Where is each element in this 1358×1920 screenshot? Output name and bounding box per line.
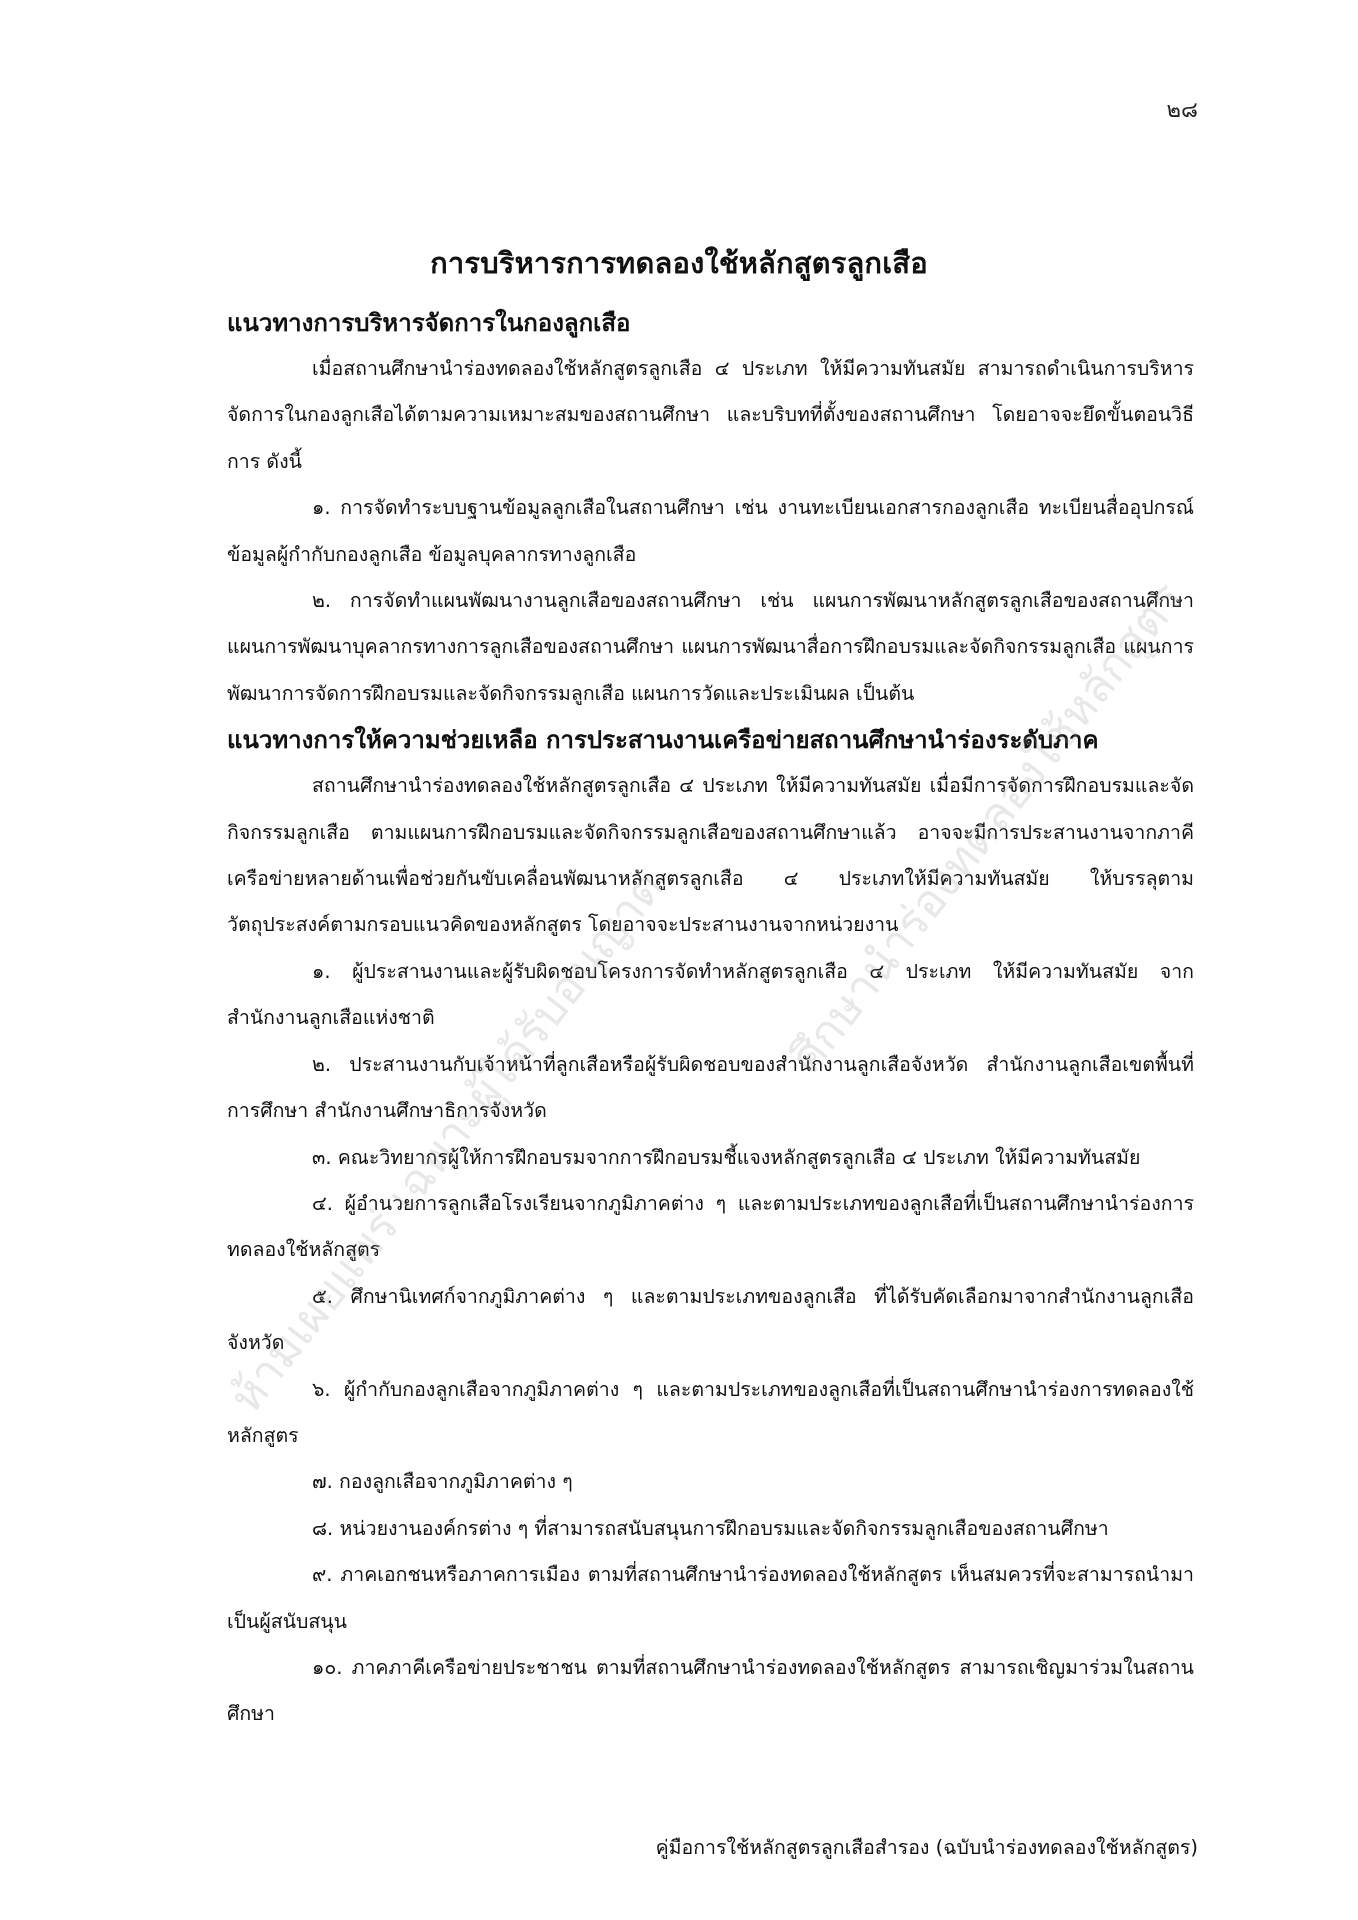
list-item: ๔. ผู้อำนวยการลูกเสือโรงเรียนจากภูมิภาคต… bbox=[227, 1181, 1194, 1274]
section-heading: แนวทางการให้ความช่วยเหลือ การประสานงานเค… bbox=[227, 717, 1194, 763]
document-body: แนวทางการบริหารจัดการในกองลูกเสือ เมื่อส… bbox=[227, 300, 1194, 1738]
section-intro: สถานศึกษานำร่องทดลองใช้หลักสูตรลูกเสือ ๔… bbox=[227, 763, 1194, 949]
page-title: การบริหารการทดลองใช้หลักสูตรลูกเสือ bbox=[0, 240, 1358, 286]
list-item: ๑. การจัดทำระบบฐานข้อมูลลูกเสือในสถานศึก… bbox=[227, 485, 1194, 578]
list-item: ๑. ผู้ประสานงานและผู้รับผิดชอบโครงการจัด… bbox=[227, 949, 1194, 1042]
page-number: ๒๘ bbox=[1167, 92, 1198, 127]
section-intro: เมื่อสถานศึกษานำร่องทดลองใช้หลักสูตรลูกเ… bbox=[227, 346, 1194, 485]
list-item: ๒. การจัดทำแผนพัฒนางานลูกเสือของสถานศึกษ… bbox=[227, 578, 1194, 717]
list-item: ๓. คณะวิทยากรผู้ให้การฝึกอบรมจากการฝึกอบ… bbox=[227, 1135, 1194, 1181]
page-footer: คู่มือการใช้หลักสูตรลูกเสือสำรอง (ฉบับนำ… bbox=[656, 1832, 1198, 1863]
list-item: ๒. ประสานงานกับเจ้าหน้าที่ลูกเสือหรือผู้… bbox=[227, 1042, 1194, 1135]
list-item: ๑๐. ภาคภาคีเครือข่ายประชาชน ตามที่สถานศึ… bbox=[227, 1645, 1194, 1738]
section-management: แนวทางการบริหารจัดการในกองลูกเสือ เมื่อส… bbox=[227, 300, 1194, 717]
list-item: ๘. หน่วยงานองค์กรต่าง ๆ ที่สามารถสนับสนุ… bbox=[227, 1506, 1194, 1552]
list-item: ๖. ผู้กำกับกองลูกเสือจากภูมิภาคต่าง ๆ แล… bbox=[227, 1367, 1194, 1460]
list-item: ๙. ภาคเอกชนหรือภาคการเมือง ตามที่สถานศึก… bbox=[227, 1552, 1194, 1645]
section-heading: แนวทางการบริหารจัดการในกองลูกเสือ bbox=[227, 300, 1194, 346]
list-item: ๕. ศึกษานิเทศก์จากภูมิภาคต่าง ๆ และตามปร… bbox=[227, 1274, 1194, 1367]
list-item: ๗. กองลูกเสือจากภูมิภาคต่าง ๆ bbox=[227, 1459, 1194, 1505]
section-network-coordination: แนวทางการให้ความช่วยเหลือ การประสานงานเค… bbox=[227, 717, 1194, 1738]
